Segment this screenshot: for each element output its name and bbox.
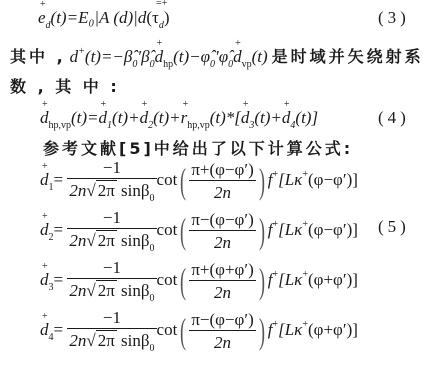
paragraph-diffraction-definition: 其中 , d+(t)=−β̂0′β̂0+dhp(t)−φ̂0′φ̂0+dvp(t… <box>10 44 424 70</box>
cot-argument-fraction: π−(φ−φ′) 2n <box>189 210 255 253</box>
diffraction-coefficient-d4: +d4= −1 2n√2π sinβ0 cot( π−(φ−φ′) 2n )f+… <box>40 308 358 354</box>
cot-argument-fraction: π+(φ+φ′) 2n <box>189 260 255 303</box>
leading-fraction: −1 2n√2π sinβ0 <box>67 258 156 304</box>
equation-number-3: (3) <box>378 8 410 28</box>
diffraction-coefficient-d1: +d1= −1 2n√2π sinβ0 cot( π+(φ−φ′) 2n )f+… <box>40 158 358 204</box>
paragraph-reference-intro: 参考文献[5]中给出了以下计算公式: <box>43 136 353 159</box>
equation-4: +dhp,vp(t)=+d1(t)++d2(t)++rhp,vp(t)*[+d3… <box>40 108 318 131</box>
dyadic-diffraction-formula: d+(t)=−β̂0′β̂0+dhp(t)−φ̂0′φ̂0+dvp(t) <box>70 47 268 66</box>
leading-fraction: −1 2n√2π sinβ0 <box>67 308 156 354</box>
equation-number-5: (5) <box>378 217 410 237</box>
equation-number-4: (4) <box>378 108 410 128</box>
paragraph-continuation: 数 , 其 中 : <box>10 74 120 97</box>
diffraction-coefficient-d2: +d2= −1 2n√2π sinβ0 cot( π−(φ−φ′) 2n )f+… <box>40 208 358 254</box>
leading-fraction: −1 2n√2π sinβ0 <box>67 208 156 254</box>
leading-fraction: −1 2n√2π sinβ0 <box>67 158 156 204</box>
cot-argument-fraction: π+(φ−φ′) 2n <box>189 160 255 203</box>
diffraction-coefficient-d3: +d3= −1 2n√2π sinβ0 cot( π+(φ+φ′) 2n )f+… <box>40 258 358 304</box>
cot-argument-fraction: π−(φ−φ′) 2n <box>189 310 255 353</box>
equation-3: +ed(t)=E₀|A (d)|d=+(τd) <box>38 8 170 31</box>
